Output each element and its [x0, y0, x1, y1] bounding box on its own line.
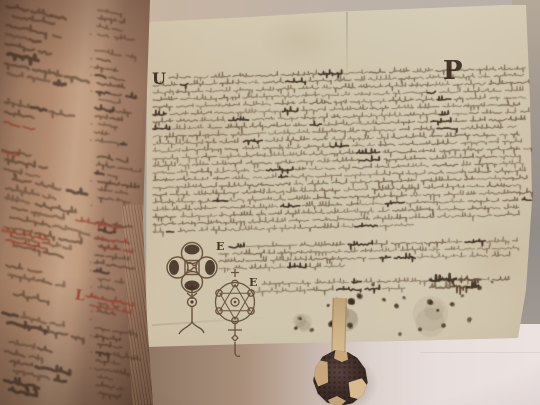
wheel-sign-icon	[210, 266, 260, 358]
photo-scene: U P E E L	[0, 0, 540, 405]
charter-tall-initial: P	[443, 58, 463, 84]
seal-parchment-tag	[331, 298, 347, 356]
charter-opening-initial: U	[152, 71, 166, 87]
